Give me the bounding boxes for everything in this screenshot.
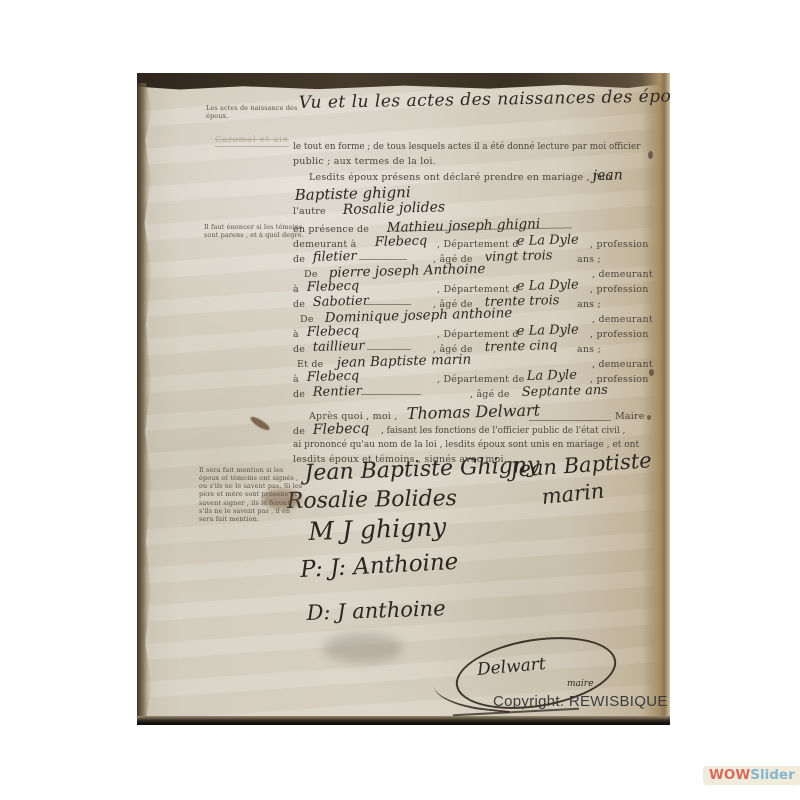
- printed-lautre: l'autre: [293, 206, 326, 217]
- printed-ans: ans ;: [577, 344, 601, 355]
- paper-smudge: [323, 633, 403, 663]
- printed-declaration: Lesdits époux présens ont déclaré prendr…: [309, 172, 612, 183]
- slider-text: Slider: [750, 767, 794, 783]
- handwritten-header: Vu et lu les actes des naissances des ép…: [299, 86, 670, 113]
- ink-stain: [249, 415, 271, 433]
- printed-de: de: [293, 254, 305, 265]
- wow-text: WOW: [709, 767, 750, 783]
- printed-a: à: [293, 284, 299, 295]
- printed-de: de: [293, 299, 305, 310]
- book-gutter-right: [642, 73, 670, 725]
- slideshow-canvas: Vu et lu les actes des naissances des ép…: [0, 0, 800, 800]
- mayor-name: Thomas Delwart: [407, 401, 541, 423]
- printed-fonctions: , faisant les fonctions de l'officier pu…: [381, 426, 625, 436]
- printed-departement-de: , Département de: [437, 374, 525, 385]
- signature-marin-line2: marin: [540, 479, 605, 509]
- bride-name: Rosalie jolides: [343, 199, 446, 218]
- document-photo: Vu et lu les actes des naissances des ép…: [137, 73, 670, 725]
- witness4-departement: La Dyle: [527, 368, 578, 384]
- printed-profession: , profession: [590, 239, 649, 250]
- blank-rule: [367, 349, 411, 350]
- signature-d-anthoine: D: J anthoine: [306, 596, 446, 625]
- witness2-departement: e La Dyle: [517, 277, 579, 294]
- printed-De: De: [304, 269, 318, 280]
- printed-a: à: [293, 329, 299, 340]
- printed-ans: ans ;: [577, 254, 601, 265]
- witness3-departement: e La Dyle: [517, 322, 579, 339]
- witness1-place: Flebecq: [375, 234, 428, 250]
- witness2-metier: Sabotier: [313, 294, 369, 310]
- printed-prononce: ai prononcé qu'au nom de la loi , lesdit…: [293, 440, 639, 450]
- witness1-age: vingt trois: [485, 248, 553, 265]
- witness4-metier: Rentier: [313, 384, 363, 400]
- margin-note-actes-naissance: Les actes de naissance des époux.: [206, 104, 306, 120]
- signature-ghigny-witness: M J ghigny: [308, 512, 447, 546]
- signature-p-anthoine: P: J: Anthoine: [300, 549, 459, 583]
- margin-note-faded: Caromal et ain: [215, 135, 289, 147]
- printed-age-de: , âgé de: [470, 389, 510, 400]
- witness1-departement: e La Dyle: [517, 232, 579, 249]
- printed-presence: en présence de: [293, 224, 369, 235]
- paper-speck: [647, 415, 651, 420]
- printed-demeurant: , demeurant: [592, 359, 653, 370]
- printed-departement: , Département d: [437, 329, 519, 340]
- witness2-place: Flebecq: [307, 279, 360, 295]
- blank-rule: [529, 420, 611, 421]
- copyright-text: Copyright. REWISBIQUE: [493, 693, 668, 710]
- paper-speck: [649, 369, 654, 376]
- wowslider-watermark[interactable]: WOWSlider: [703, 766, 800, 785]
- torn-left-page-edge: [137, 83, 152, 719]
- page-bottom-edge: [137, 716, 670, 725]
- printed-lecture-line1: le tout en forme ; de tous lesquels acte…: [293, 142, 640, 152]
- witness3-age: trente cinq: [485, 338, 558, 355]
- printed-departement: , Département d: [437, 284, 519, 295]
- mayor-place: Flebecq: [313, 421, 370, 438]
- printed-ans: ans ;: [577, 299, 601, 310]
- seal-title: maire: [567, 679, 593, 689]
- printed-lecture-line2: public ; aux termes de la loi.: [293, 156, 436, 167]
- printed-de: de: [293, 389, 305, 400]
- blank-rule: [359, 259, 407, 260]
- printed-de: de: [293, 344, 305, 355]
- printed-maire: Maire: [615, 411, 645, 422]
- groom-first-name: jean: [593, 167, 623, 184]
- ink-smudge: [263, 489, 301, 509]
- printed-departement: , Département d: [437, 239, 519, 250]
- witness4-age: Septante ans: [522, 383, 608, 400]
- printed-profession: , profession: [590, 284, 649, 295]
- paper-speck: [648, 151, 653, 159]
- blank-rule: [365, 304, 411, 305]
- printed-demeurant: , demeurant: [592, 269, 653, 280]
- printed-profession: , profession: [590, 329, 649, 340]
- blank-rule: [361, 394, 421, 395]
- witness3-metier: taillieur: [313, 339, 365, 355]
- witness1-metier: filetier: [313, 249, 357, 265]
- printed-et-de: Et de: [297, 359, 323, 370]
- printed-a: à: [293, 374, 299, 385]
- margin-note-temoins: Il faut énoncer si les témoins sont pare…: [204, 223, 304, 239]
- signature-bride: Rosalie Bolides: [287, 486, 458, 514]
- printed-de: de: [293, 426, 305, 437]
- printed-demeurant: , demeurant: [592, 314, 653, 325]
- witness3-place: Flebecq: [307, 324, 360, 340]
- printed-De: De: [300, 314, 314, 325]
- witness4-place: Flebecq: [307, 369, 360, 385]
